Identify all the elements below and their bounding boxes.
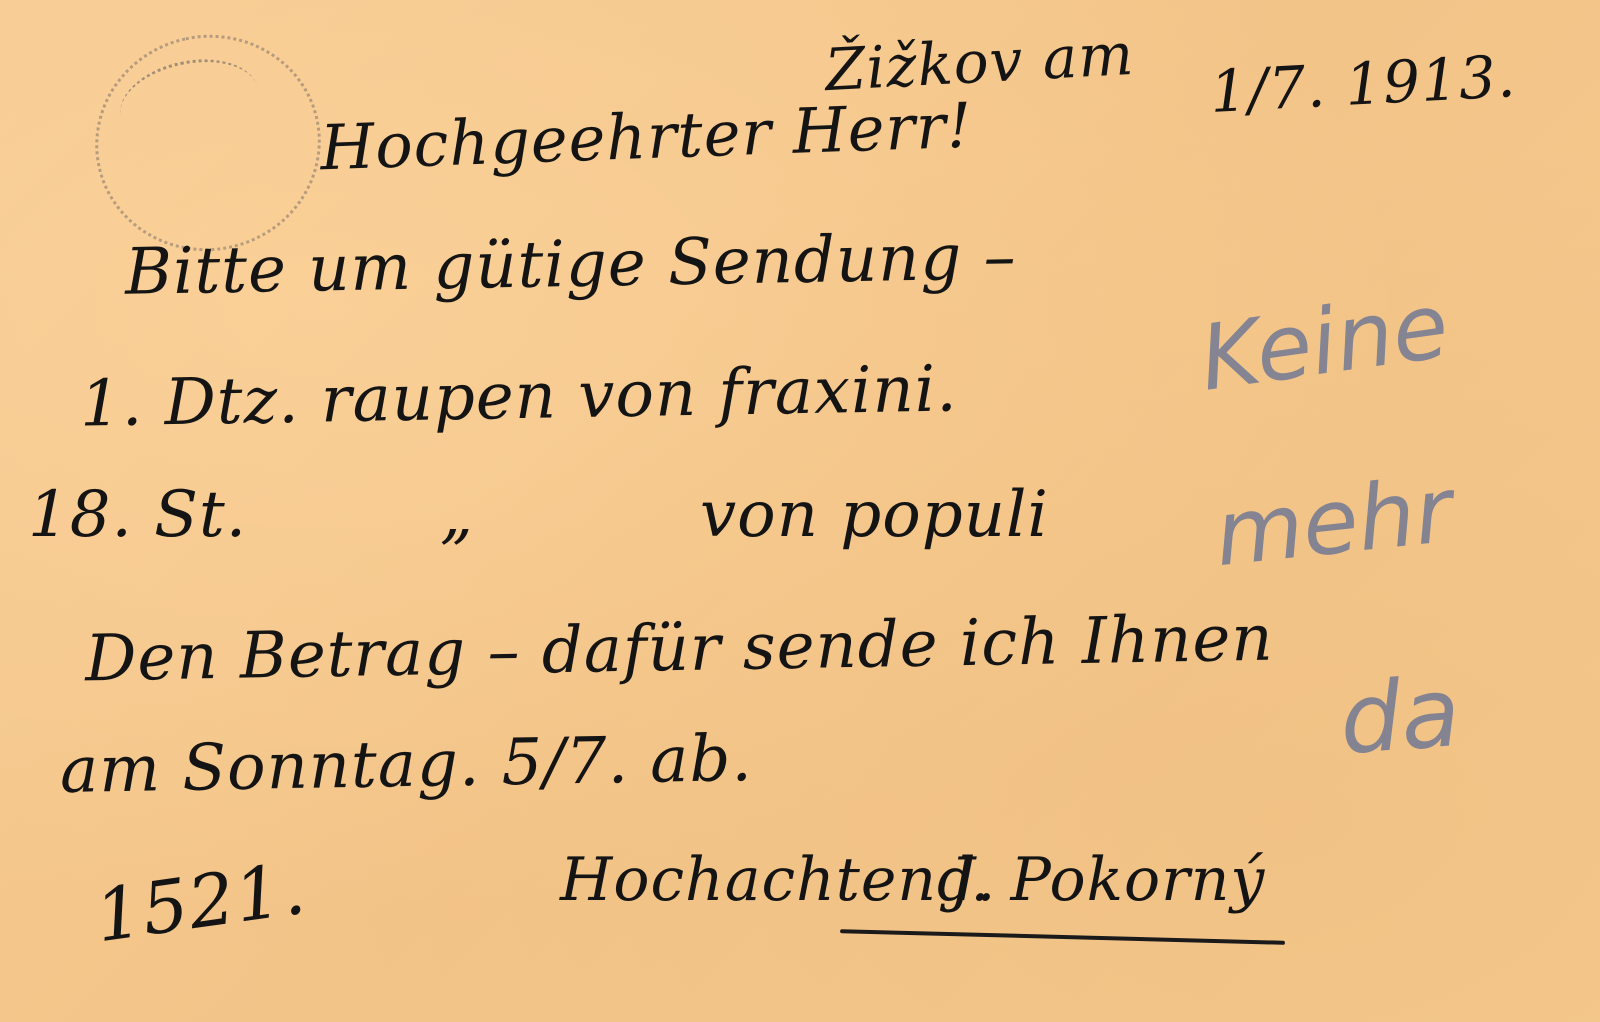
body-line-3-quantity: 18. St. — [28, 478, 247, 552]
body-line-1: Bitte um gütige Sendung – — [124, 220, 1017, 310]
closing-phrase: Hochachtend. — [560, 845, 996, 915]
body-line-2: 1. Dtz. raupen von fraxini. — [79, 352, 958, 441]
body-line-3-ditto-mark: „ — [440, 478, 474, 552]
signature: J. Pokorný — [950, 845, 1265, 915]
body-line-3-item: von populi — [700, 478, 1049, 552]
body-line-5: am Sonntag. 5/7. ab. — [59, 722, 753, 808]
postmark-inner-arc — [112, 47, 266, 157]
pencil-annotation-3: da — [1336, 656, 1463, 776]
